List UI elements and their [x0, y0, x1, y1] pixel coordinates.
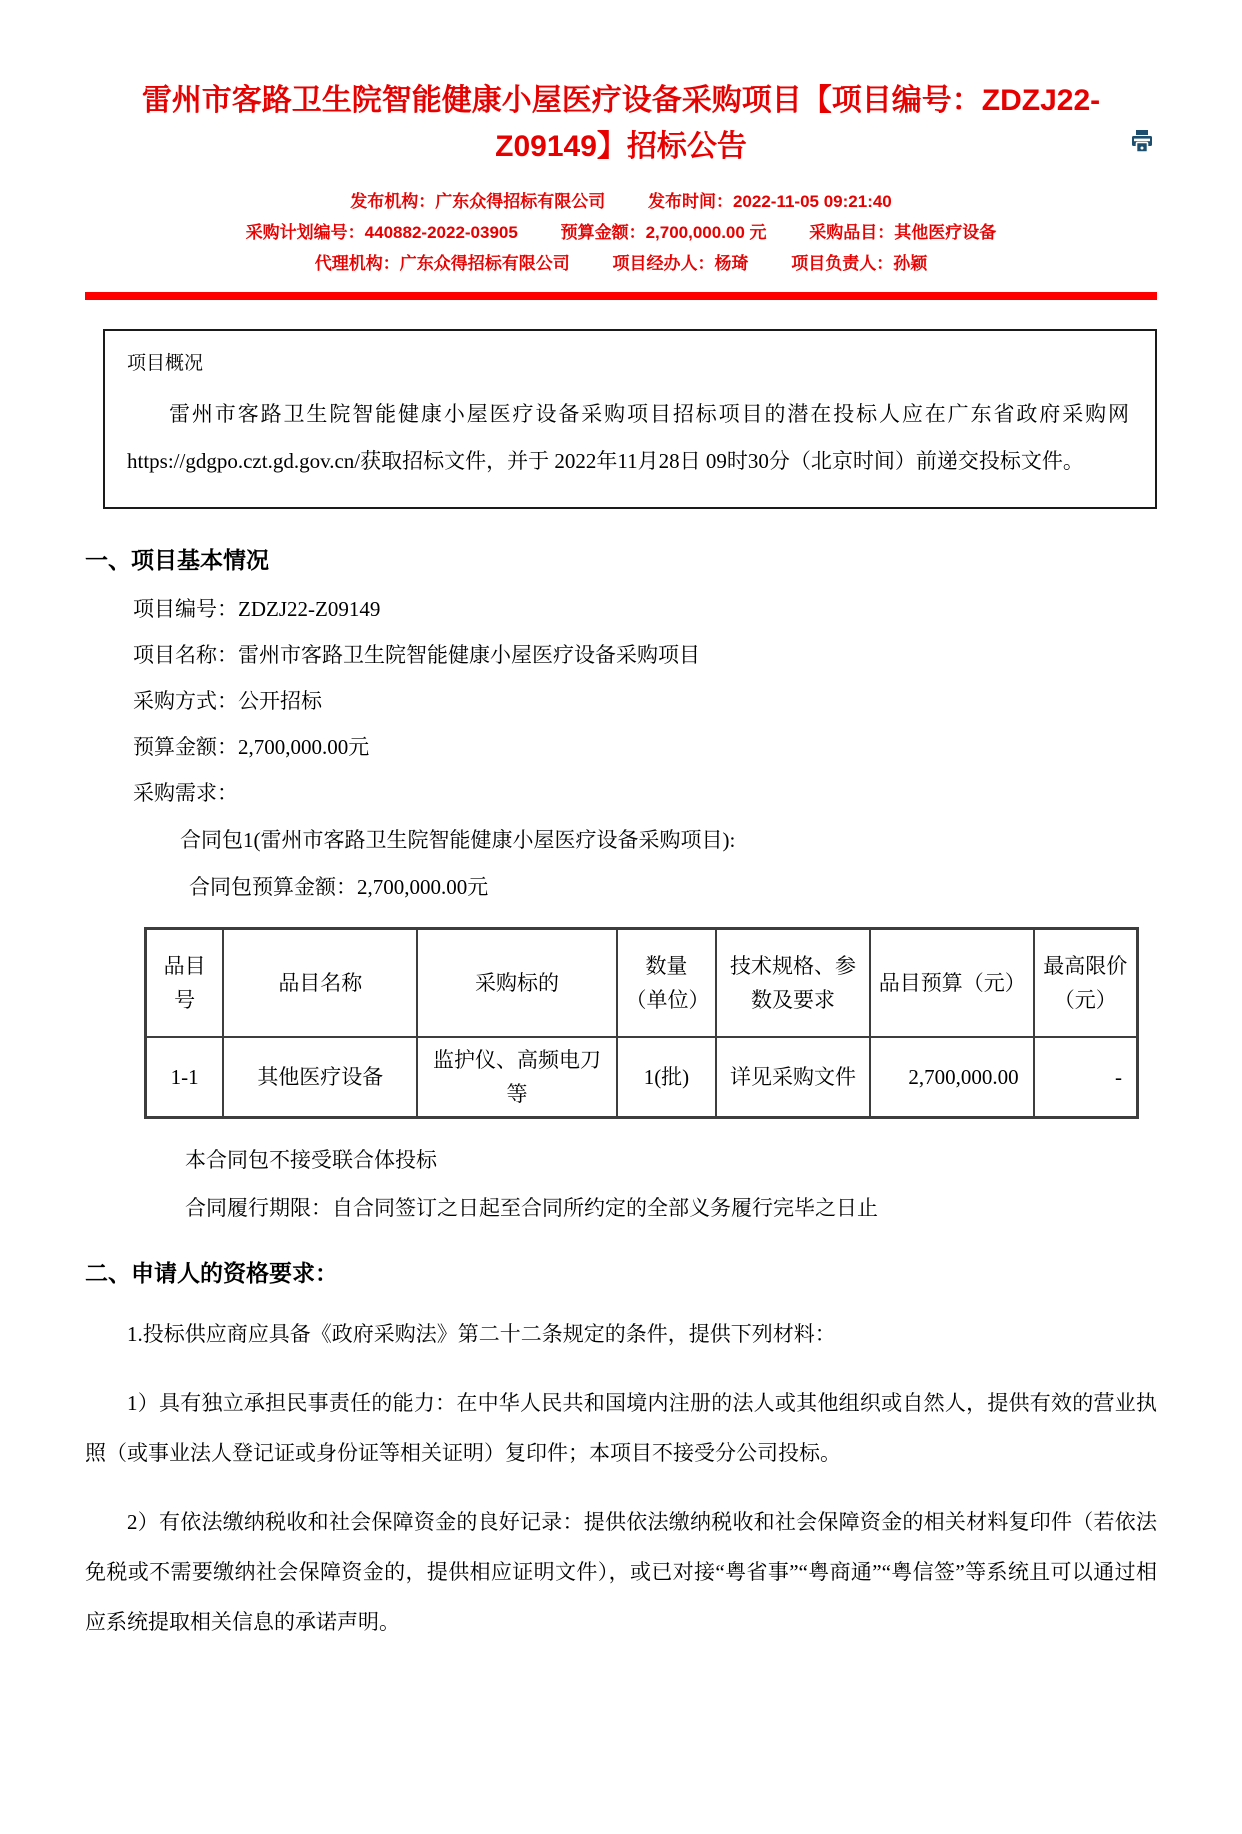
header-cell: 品目号: [146, 929, 224, 1037]
contract-package-line: 合同包1(雷州市客路卫生院智能健康小屋医疗设备采购项目):: [180, 827, 1157, 854]
divider-rule: [85, 292, 1157, 300]
announcement-page: 雷州市客路卫生院智能健康小屋医疗设备采购项目【项目编号：ZDZJ22-Z0914…: [0, 78, 1242, 1702]
table-cell-item-no: 1-1: [146, 1037, 224, 1118]
meta-line-1: 发布机构：广东众得招标有限公司 发布时间：2022-11-05 09:21:40: [85, 186, 1157, 217]
table-header-row: 品目号 品目名称 采购标的 数量（单位） 技术规格、参数及要求 品目预算（元） …: [146, 929, 1138, 1037]
print-button[interactable]: [1129, 128, 1155, 154]
procurement-demand-item: 采购需求：: [133, 780, 1157, 807]
plan-number-field: 采购计划编号：440882-2022-03905: [246, 223, 518, 242]
header-cell: 采购标的: [417, 929, 616, 1037]
table-cell-item-name: 其他医疗设备: [223, 1037, 417, 1118]
table-cell-quantity: 1(批): [617, 1037, 717, 1118]
overview-label: 项目概况: [127, 351, 1129, 377]
no-consortium-note: 本合同包不接受联合体投标: [185, 1147, 1157, 1174]
qualification-paragraph-1: 1.投标供应商应具备《政府采购法》第二十二条规定的条件，提供下列材料：: [85, 1309, 1157, 1359]
project-name-item: 项目名称：雷州市客路卫生院智能健康小屋医疗设备采购项目: [133, 642, 1157, 669]
meta-info: 发布机构：广东众得招标有限公司 发布时间：2022-11-05 09:21:40…: [85, 186, 1157, 279]
table-cell-subject: 监护仪、高频电刀等: [417, 1037, 616, 1118]
items-table: 品目号 品目名称 采购标的 数量（单位） 技术规格、参数及要求 品目预算（元） …: [144, 927, 1139, 1119]
section2-heading: 二、申请人的资格要求：: [85, 1258, 1157, 1290]
section1-heading: 一、项目基本情况: [85, 545, 1157, 577]
budget-field: 预算金额：2,700,000.00 元: [561, 223, 767, 242]
overview-text: 雷州市客路卫生院智能健康小屋医疗设备采购项目招标项目的潜在投标人应在广东省政府采…: [127, 391, 1129, 485]
budget-amount-item: 预算金额：2,700,000.00元: [133, 734, 1157, 761]
table-row: 1-1 其他医疗设备 监护仪、高频电刀等 1(批) 详见采购文件 2,700,0…: [146, 1037, 1138, 1118]
publish-time-field: 发布时间：2022-11-05 09:21:40: [648, 192, 892, 211]
project-number-item: 项目编号：ZDZJ22-Z09149: [133, 596, 1157, 623]
contract-period-note: 合同履行期限：自合同签订之日起至合同所约定的全部义务履行完毕之日止: [185, 1195, 1157, 1222]
qualification-paragraph-3: 2）有依法缴纳税收和社会保障资金的良好记录：提供依法缴纳税收和社会保障资金的相关…: [85, 1497, 1157, 1647]
table-cell-budget: 2,700,000.00: [870, 1037, 1034, 1118]
header-cell: 品目预算（元）: [870, 929, 1034, 1037]
header-cell: 数量（单位）: [617, 929, 717, 1037]
header-cell: 最高限价（元）: [1034, 929, 1138, 1037]
manager-field: 项目负责人：孙颖: [791, 254, 927, 273]
meta-line-2: 采购计划编号：440882-2022-03905 预算金额：2,700,000.…: [85, 217, 1157, 248]
overview-box: 项目概况 雷州市客路卫生院智能健康小屋医疗设备采购项目招标项目的潜在投标人应在广…: [103, 329, 1157, 509]
header-cell: 技术规格、参数及要求: [716, 929, 869, 1037]
printer-icon: [1129, 128, 1155, 154]
table-cell-spec: 详见采购文件: [716, 1037, 869, 1118]
page-header: 雷州市客路卫生院智能健康小屋医疗设备采购项目【项目编号：ZDZJ22-Z0914…: [85, 78, 1157, 170]
header-cell: 品目名称: [223, 929, 417, 1037]
qualification-paragraph-2: 1）具有独立承担民事责任的能力：在中华人民共和国境内注册的法人或其他组织或自然人…: [85, 1378, 1157, 1478]
handler-field: 项目经办人：杨琦: [613, 254, 749, 273]
procurement-method-item: 采购方式：公开招标: [133, 688, 1157, 715]
page-title: 雷州市客路卫生院智能健康小屋医疗设备采购项目【项目编号：ZDZJ22-Z0914…: [85, 78, 1157, 170]
contract-package-budget: 合同包预算金额：2,700,000.00元: [189, 874, 1157, 901]
table-cell-price-limit: -: [1034, 1037, 1138, 1118]
publisher-field: 发布机构：广东众得招标有限公司: [350, 192, 605, 211]
category-field: 采购品目：其他医疗设备: [809, 223, 996, 242]
agency-field: 代理机构：广东众得招标有限公司: [315, 254, 570, 273]
meta-line-3: 代理机构：广东众得招标有限公司 项目经办人：杨琦 项目负责人：孙颖: [85, 248, 1157, 279]
